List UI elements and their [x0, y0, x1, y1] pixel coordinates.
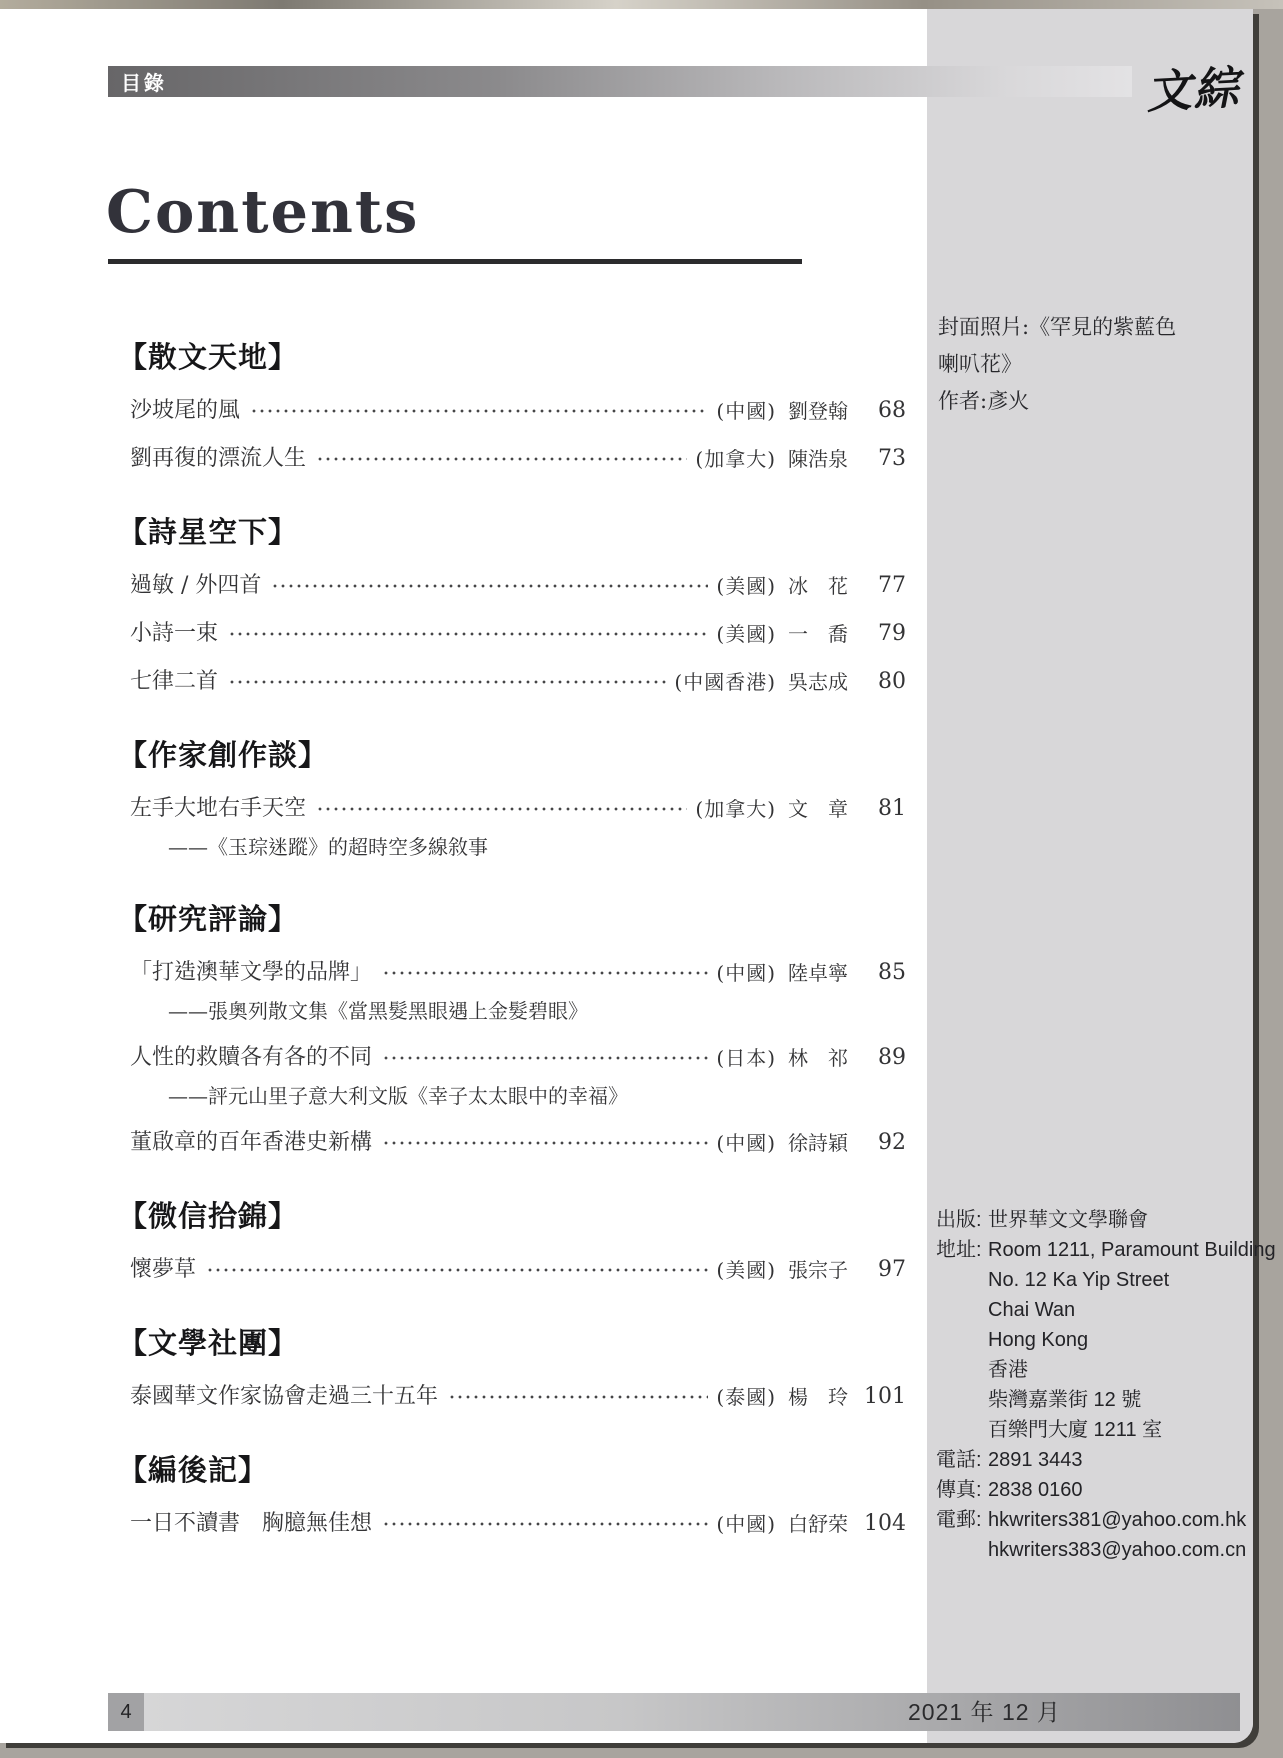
toc-entry: 左手大地右手天空(加拿大)文 章81 [118, 794, 906, 824]
publisher-info: 出版:世界華文文學聯會地址:Room 1211, Paramount Build… [936, 1205, 1246, 1565]
entry-title: 七律二首 [118, 667, 218, 697]
dot-leader [382, 1128, 708, 1158]
entry-origin: (美國) [716, 571, 776, 601]
publisher-line-text: hkwriters381@yahoo.com.hk [988, 1505, 1246, 1535]
toc-section: 【文學社團】泰國華文作家協會走過三十五年(泰國)楊 玲101 [118, 1325, 906, 1412]
entry-author: 陳浩泉 [788, 444, 848, 474]
entry-origin: (泰國) [716, 1382, 776, 1412]
title-rule [108, 259, 802, 264]
entry-title: 人性的救贖各有各的不同 [118, 1043, 372, 1073]
entry-page-number: 79 [860, 619, 906, 649]
entry-origin: (加拿大) [695, 794, 776, 824]
toc: 【散文天地】沙坡尾的風(中國)劉登翰68劉再復的漂流人生(加拿大)陳浩泉73【詩… [118, 339, 906, 1539]
entry-title: 泰國華文作家協會走過三十五年 [118, 1382, 438, 1412]
entry-origin: (中國) [716, 396, 776, 426]
entry-author: 文 章 [788, 794, 848, 824]
entry-origin: (中國) [716, 1128, 776, 1158]
toc-section: 【作家創作談】左手大地右手天空(加拿大)文 章81——《玉琮迷蹤》的超時空多線敘… [118, 737, 906, 861]
publisher-line-text: 2838 0160 [988, 1475, 1246, 1505]
magazine-page: 目錄 文綜 Contents 【散文天地】沙坡尾的風(中國)劉登翰68劉再復的漂… [0, 9, 1253, 1743]
page-number: 4 [108, 1693, 144, 1731]
toc-entry: 一日不讀書 胸臆無佳想(中國)白舒荣104 [118, 1509, 906, 1539]
dot-leader [382, 958, 708, 988]
publisher-line-label [936, 1265, 988, 1295]
publisher-line-text: 2891 3443 [988, 1445, 1246, 1475]
publisher-line-label [936, 1385, 988, 1415]
dot-leader [382, 1043, 708, 1073]
entry-author: 張宗子 [788, 1255, 848, 1285]
entry-page-number: 81 [860, 794, 906, 824]
entry-origin: (日本) [716, 1043, 776, 1073]
toc-entry: 過敏 / 外四首(美國)冰 花77 [118, 571, 906, 601]
entry-author: 徐詩穎 [788, 1128, 848, 1158]
entry-origin: (美國) [716, 1255, 776, 1285]
publisher-line: 香港 [936, 1355, 1246, 1385]
toc-section: 【詩星空下】過敏 / 外四首(美國)冰 花77小詩一束(美國)一 喬79七律二首… [118, 514, 906, 697]
toc-section: 【研究評論】「打造澳華文學的品牌」(中國)陸卓寧85——張奧列散文集《當黑髮黑眼… [118, 901, 906, 1158]
publisher-line-text: 百樂門大廈 1211 室 [988, 1415, 1246, 1445]
entry-title: 懷夢草 [118, 1255, 196, 1285]
dot-leader [228, 667, 666, 697]
entry-page-number: 92 [860, 1128, 906, 1158]
publisher-line-text: No. 12 Ka Yip Street [988, 1265, 1246, 1295]
entry-page-number: 85 [860, 958, 906, 988]
entry-author: 白舒荣 [788, 1509, 848, 1539]
footer-bar: 4 2021 年 12 月 [108, 1693, 1240, 1731]
entry-title: 一日不讀書 胸臆無佳想 [118, 1509, 372, 1539]
publisher-line-text: Room 1211, Paramount Building [988, 1235, 1276, 1265]
publisher-line-label [936, 1325, 988, 1355]
dot-leader [228, 619, 708, 649]
cover-note-line: 封面照片:《罕見的紫藍色 [938, 309, 1228, 346]
toc-entry: 「打造澳華文學的品牌」(中國)陸卓寧85 [118, 958, 906, 988]
publisher-line-label [936, 1295, 988, 1325]
entry-page-number: 89 [860, 1043, 906, 1073]
toc-entry: 劉再復的漂流人生(加拿大)陳浩泉73 [118, 444, 906, 474]
page-header-bar: 目錄 [108, 66, 1132, 97]
entry-author: 冰 花 [788, 571, 848, 601]
toc-entry: 小詩一束(美國)一 喬79 [118, 619, 906, 649]
section-heading: 【文學社團】 [118, 1325, 906, 1364]
publisher-line: 出版:世界華文文學聯會 [936, 1205, 1246, 1235]
publisher-line-text: Chai Wan [988, 1295, 1246, 1325]
magazine-logo: 文綜 [1144, 50, 1257, 121]
dot-leader [448, 1382, 708, 1412]
entry-title: 過敏 / 外四首 [118, 571, 261, 601]
cover-photo-note: 封面照片:《罕見的紫藍色喇叭花》作者:彥火 [938, 309, 1228, 420]
entry-author: 陸卓寧 [788, 958, 848, 988]
entry-page-number: 77 [860, 571, 906, 601]
publisher-line: Hong Kong [936, 1325, 1246, 1355]
entry-origin: (中國香港) [674, 667, 776, 697]
publisher-line-label [936, 1355, 988, 1385]
publisher-line: No. 12 Ka Yip Street [936, 1265, 1246, 1295]
publisher-line-text: 世界華文文學聯會 [988, 1205, 1246, 1235]
publisher-line-text: Hong Kong [988, 1325, 1246, 1355]
publisher-line-label [936, 1415, 988, 1445]
entry-title: 董啟章的百年香港史新構 [118, 1128, 372, 1158]
toc-entry: 沙坡尾的風(中國)劉登翰68 [118, 396, 906, 426]
entry-origin: (加拿大) [695, 444, 776, 474]
toc-entry: 人性的救贖各有各的不同(日本)林 祁89 [118, 1043, 906, 1073]
entry-title: 「打造澳華文學的品牌」 [118, 958, 372, 988]
dot-leader [271, 571, 708, 601]
publisher-line: Chai Wan [936, 1295, 1246, 1325]
publisher-line-label: 出版: [936, 1205, 988, 1235]
section-heading: 【編後記】 [118, 1452, 906, 1491]
entry-page-number: 73 [860, 444, 906, 474]
entry-author: 劉登翰 [788, 396, 848, 426]
section-heading: 【研究評論】 [118, 901, 906, 940]
entry-subtitle: ——張奧列散文集《當黑髮黑眼遇上金髮碧眼》 [168, 998, 906, 1025]
publisher-line-label [936, 1535, 988, 1565]
publisher-line-text: hkwriters383@yahoo.com.cn [988, 1535, 1246, 1565]
entry-origin: (中國) [716, 958, 776, 988]
toc-section: 【編後記】一日不讀書 胸臆無佳想(中國)白舒荣104 [118, 1452, 906, 1539]
entry-origin: (中國) [716, 1509, 776, 1539]
publisher-line-label: 地址: [936, 1235, 988, 1265]
contents-title: Contents [106, 177, 419, 246]
toc-entry: 泰國華文作家協會走過三十五年(泰國)楊 玲101 [118, 1382, 906, 1412]
section-heading: 【微信拾錦】 [118, 1198, 906, 1237]
publisher-line: hkwriters383@yahoo.com.cn [936, 1535, 1246, 1565]
publisher-line-label: 電郵: [936, 1505, 988, 1535]
dot-leader [316, 444, 687, 474]
toc-entry: 懷夢草(美國)張宗子97 [118, 1255, 906, 1285]
entry-page-number: 80 [860, 667, 906, 697]
publisher-line-label: 電話: [936, 1445, 988, 1475]
entry-title: 劉再復的漂流人生 [118, 444, 306, 474]
publisher-line: 電話:2891 3443 [936, 1445, 1246, 1475]
toc-label: 目錄 [108, 67, 167, 96]
publisher-line: 柴灣嘉業街 12 號 [936, 1385, 1246, 1415]
entry-title: 小詩一束 [118, 619, 218, 649]
dot-leader [250, 396, 708, 426]
entry-page-number: 104 [860, 1509, 906, 1539]
dot-leader [206, 1255, 708, 1285]
entry-page-number: 68 [860, 396, 906, 426]
section-heading: 【作家創作談】 [118, 737, 906, 776]
entry-author: 林 祁 [788, 1043, 848, 1073]
entry-subtitle: ——評元山里子意大利文版《幸子太太眼中的幸福》 [168, 1083, 906, 1110]
dot-leader [382, 1509, 708, 1539]
publisher-line-text: 柴灣嘉業街 12 號 [988, 1385, 1246, 1415]
entry-subtitle: ——《玉琮迷蹤》的超時空多線敘事 [168, 834, 906, 861]
entry-page-number: 101 [860, 1382, 906, 1412]
entry-page-number: 97 [860, 1255, 906, 1285]
toc-entry: 董啟章的百年香港史新構(中國)徐詩穎92 [118, 1128, 906, 1158]
dot-leader [316, 794, 687, 824]
entry-title: 左手大地右手天空 [118, 794, 306, 824]
section-heading: 【詩星空下】 [118, 514, 906, 553]
scan-edge-top [0, 0, 1283, 9]
toc-section: 【微信拾錦】懷夢草(美國)張宗子97 [118, 1198, 906, 1285]
publisher-line: 電郵:hkwriters381@yahoo.com.hk [936, 1505, 1246, 1535]
publisher-line-label: 傳真: [936, 1475, 988, 1505]
entry-title: 沙坡尾的風 [118, 396, 240, 426]
cover-note-line: 作者:彥火 [938, 383, 1228, 420]
publisher-line-text: 香港 [988, 1355, 1246, 1385]
entry-author: 吳志成 [788, 667, 848, 697]
publisher-line: 百樂門大廈 1211 室 [936, 1415, 1246, 1445]
toc-entry: 七律二首(中國香港)吳志成80 [118, 667, 906, 697]
entry-author: 楊 玲 [788, 1382, 848, 1412]
publisher-line: 傳真:2838 0160 [936, 1475, 1246, 1505]
entry-author: 一 喬 [788, 619, 848, 649]
entry-origin: (美國) [716, 619, 776, 649]
publisher-line: 地址:Room 1211, Paramount Building [936, 1235, 1246, 1265]
section-heading: 【散文天地】 [118, 339, 906, 378]
toc-section: 【散文天地】沙坡尾的風(中國)劉登翰68劉再復的漂流人生(加拿大)陳浩泉73 [118, 339, 906, 474]
issue-date: 2021 年 12 月 [908, 1693, 1061, 1731]
cover-note-line: 喇叭花》 [938, 346, 1228, 383]
